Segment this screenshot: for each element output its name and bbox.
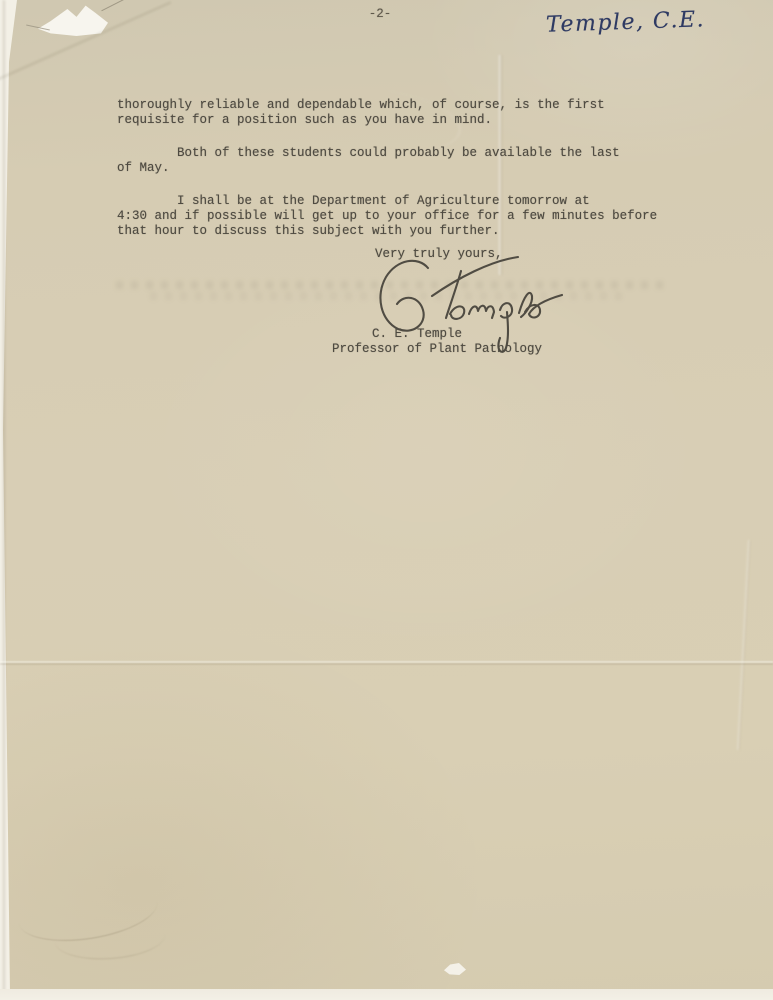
erased-text-ghost-band-2 bbox=[150, 292, 630, 300]
page-number: -2- bbox=[358, 7, 402, 22]
letter-body: thoroughly reliable and dependable which… bbox=[117, 98, 657, 257]
erased-text-ghost-band bbox=[116, 281, 664, 289]
paragraph: thoroughly reliable and dependable which… bbox=[117, 98, 657, 128]
body-line: I shall be at the Department of Agricult… bbox=[117, 194, 657, 209]
signed-name: C. E. Temple bbox=[372, 327, 462, 342]
body-line: 4:30 and if possible will get up to your… bbox=[117, 209, 657, 224]
body-line: requisite for a position such as you hav… bbox=[117, 113, 657, 128]
scanned-letter-page: -2- Temple, C.E. thoroughly reliable and… bbox=[0, 0, 773, 1000]
paper-left-edge-shadow bbox=[3, 0, 6, 994]
scanner-background-bottom bbox=[0, 989, 773, 1000]
body-line: that hour to discuss this subject with y… bbox=[117, 224, 657, 239]
body-line: thoroughly reliable and dependable which… bbox=[117, 98, 657, 113]
paragraph: I shall be at the Department of Agricult… bbox=[117, 194, 657, 239]
closing-valediction: Very truly yours, bbox=[375, 247, 503, 262]
horizontal-fold-crease bbox=[0, 661, 773, 665]
body-line: Both of these students could probably be… bbox=[117, 146, 657, 161]
body-line: of May. bbox=[117, 161, 657, 176]
paragraph: Both of these students could probably be… bbox=[117, 146, 657, 176]
signed-title: Professor of Plant Pathology bbox=[332, 342, 542, 357]
